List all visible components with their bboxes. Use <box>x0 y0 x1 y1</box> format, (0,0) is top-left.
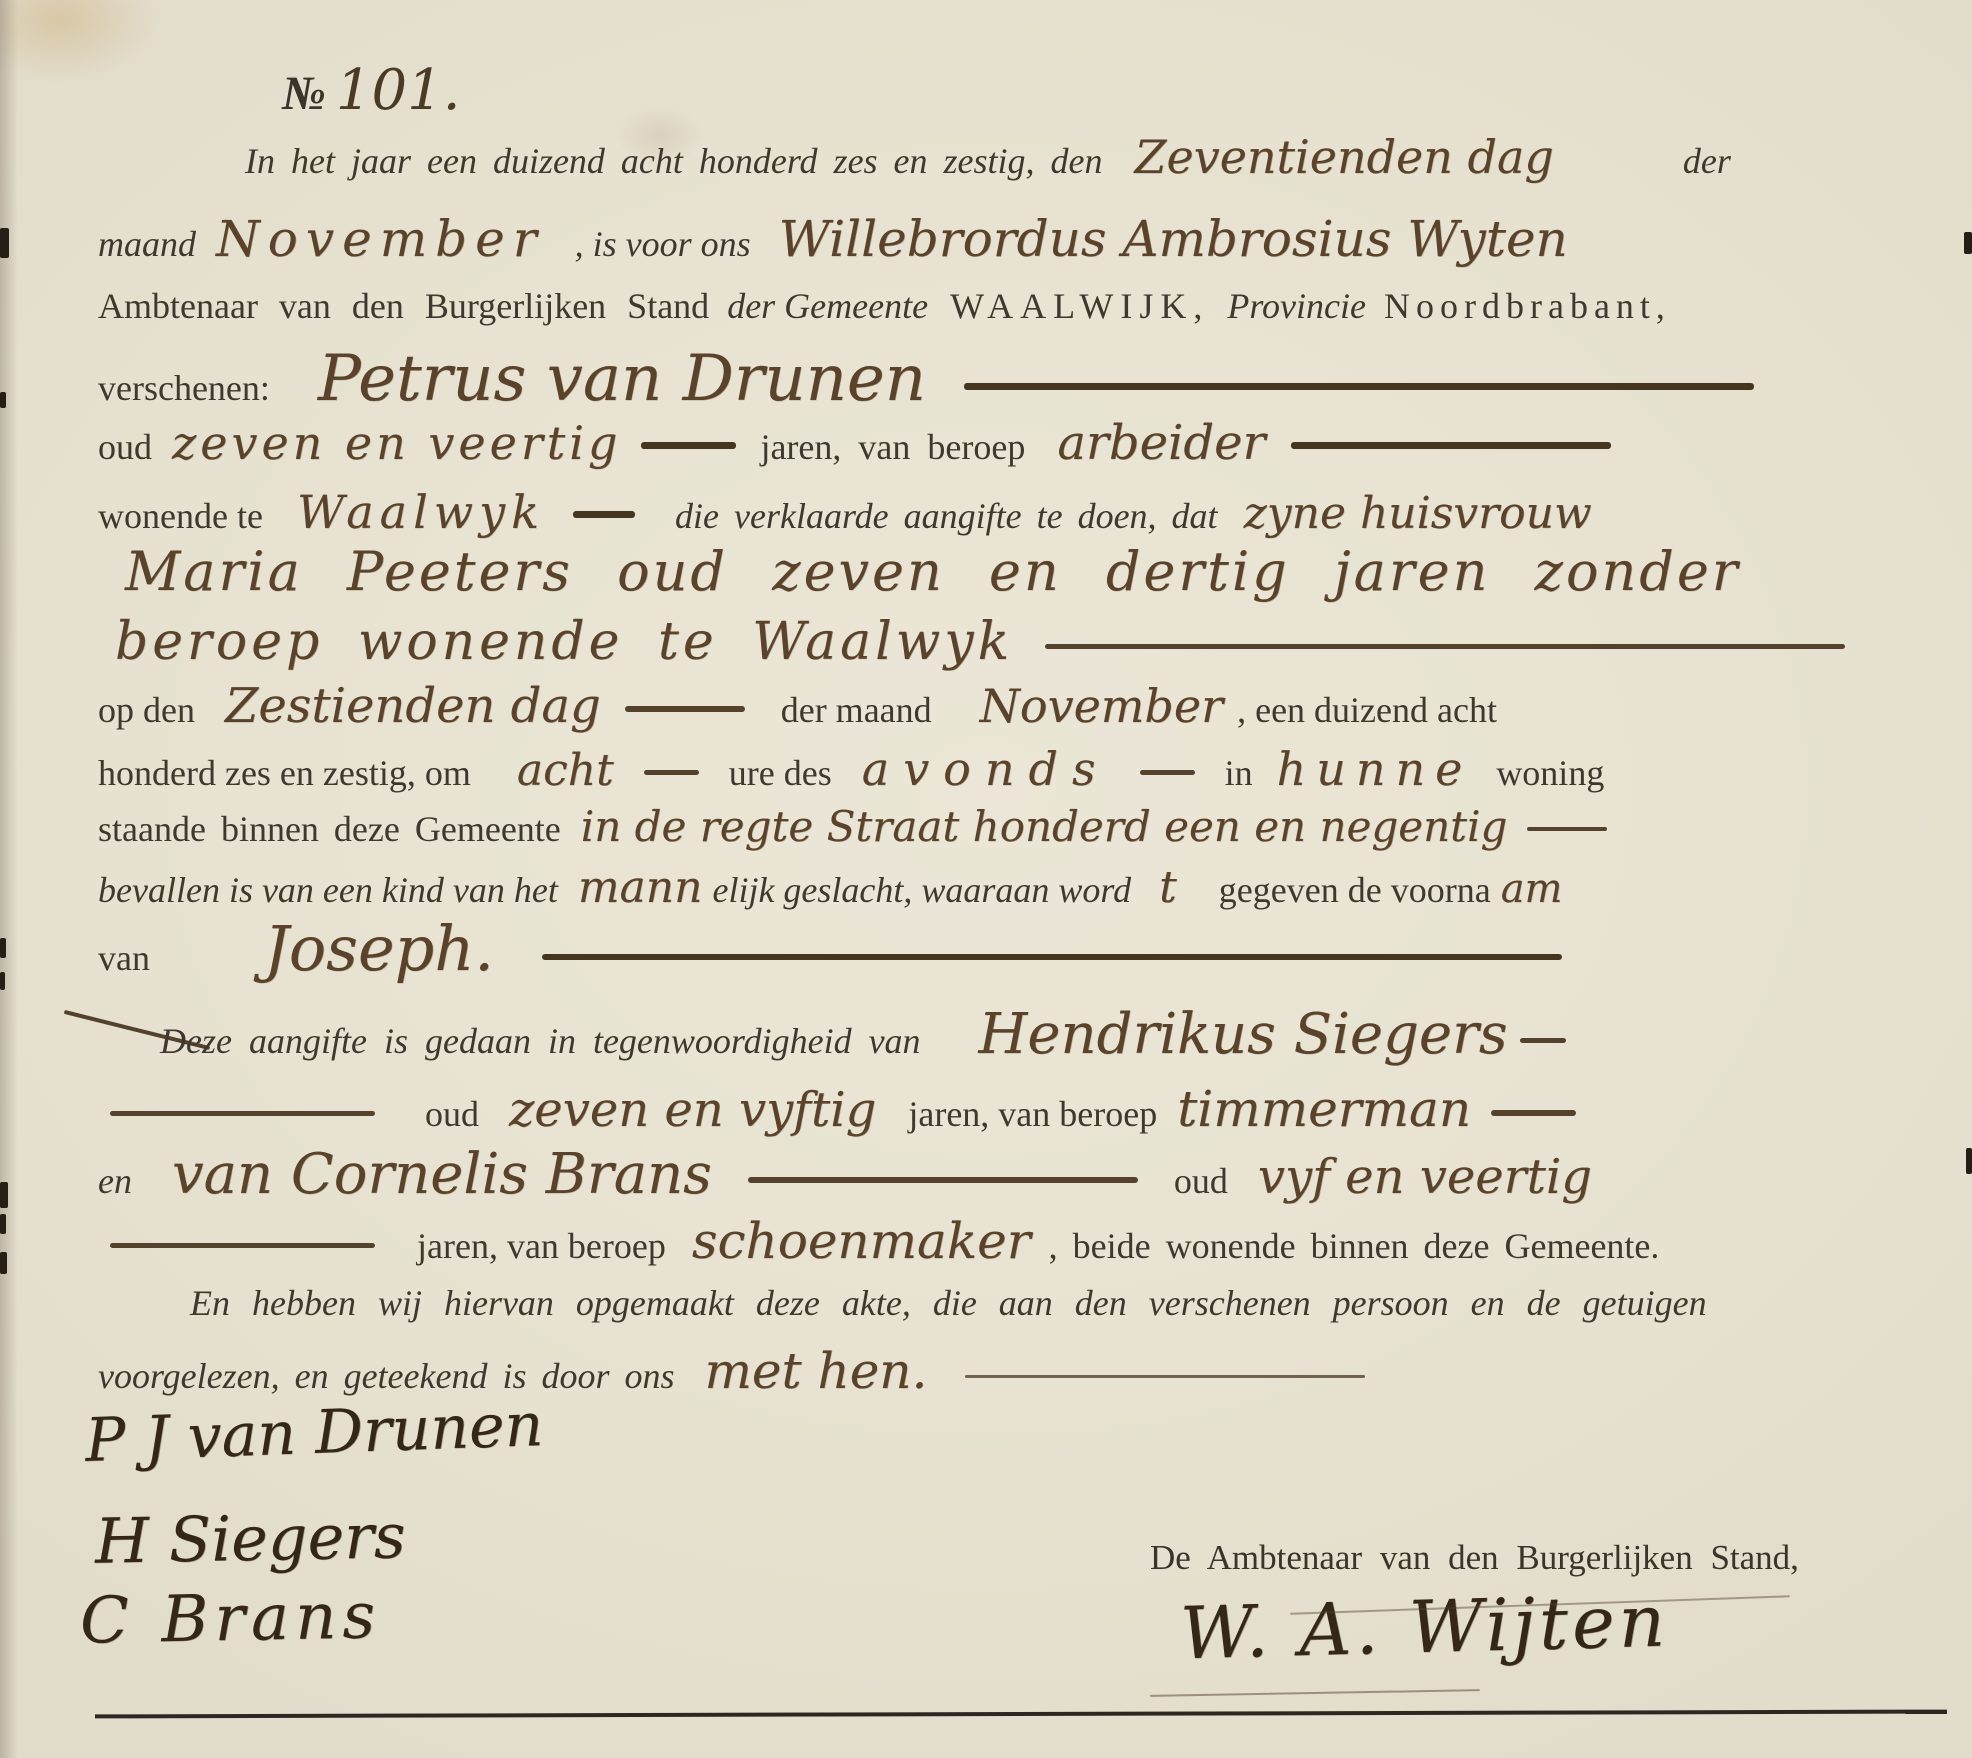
handwritten-entry: in de regte Straat honderd een en negent… <box>581 802 1508 851</box>
signature-witness-1: H Siegers <box>94 1499 406 1577</box>
act-line-05: oud zeven en veertig jaren, van beroep a… <box>98 415 1611 471</box>
handwritten-entry: Zeventienden dag <box>1135 130 1554 184</box>
edge-artifact <box>1966 1148 1972 1174</box>
bottom-rule <box>95 1710 1947 1719</box>
handwritten-entry: Maria Peeters oud zeven en dertig jaren … <box>125 540 1741 603</box>
ink-fill-line <box>625 706 745 712</box>
act-line-02: maand November , is voor ons Willebrordu… <box>98 210 1568 268</box>
ink-fill-line <box>965 1375 1365 1378</box>
ink-fill-line <box>1291 442 1611 449</box>
handwritten-entry: Joseph. <box>264 912 494 985</box>
act-line-03: Ambtenaar van den Burgerlijken Stand der… <box>98 285 1671 327</box>
edge-artifact <box>0 228 9 258</box>
printed-text: verschenen: <box>98 368 270 408</box>
handwritten-entry: van Cornelis Brans <box>172 1142 712 1207</box>
printed-text: staande binnen deze Gemeente <box>98 809 561 849</box>
act-line-17: jaren, van beroep schoenmaker , beide wo… <box>110 1212 1659 1270</box>
handwritten-entry: Zestienden dag <box>225 678 601 734</box>
page-binding-shadow <box>0 0 18 1758</box>
printed-text: jaren, van beroep <box>760 427 1025 467</box>
ink-fill-line <box>573 511 635 518</box>
act-line-15: oud zeven en vyftig jaren, van beroep ti… <box>110 1080 1576 1138</box>
act-line-18: En hebben wij hiervan opgemaakt deze akt… <box>190 1282 1707 1324</box>
edge-artifact <box>0 392 6 408</box>
signature-declarant: P J van Drunen <box>84 1390 544 1476</box>
edge-artifact <box>0 938 6 958</box>
printed-text: WAALWIJK, <box>950 286 1209 326</box>
printed-text: In het jaar een duizend acht honderd zes… <box>245 141 1103 181</box>
act-line-16: en van Cornelis Brans oud vyf en veertig <box>98 1142 1592 1207</box>
edge-artifact <box>0 1182 8 1208</box>
handwritten-entry: am <box>1501 866 1563 912</box>
act-line-10: honderd zes en zestig, om acht ure des a… <box>98 742 1604 796</box>
handwritten-entry: November <box>216 210 545 268</box>
handwritten-entry: t <box>1159 862 1177 913</box>
ink-fill-line <box>644 770 699 775</box>
handwritten-entry: avonds <box>862 742 1110 796</box>
ink-fill-line <box>964 383 1754 390</box>
printed-text: Deze aangifte is gedaan in tegenwoordigh… <box>160 1021 921 1061</box>
printed-text: der <box>1683 141 1731 181</box>
act-line-11: staande binnen deze Gemeente in de regte… <box>98 802 1607 851</box>
printed-text: honderd zes en zestig, om <box>98 753 471 793</box>
handwritten-entry: beroep wonende te Waalwyk <box>115 612 1013 672</box>
edge-artifact <box>0 972 5 990</box>
printed-text: elijk geslacht, waaraan word <box>712 870 1131 910</box>
printed-text: die verklaarde aangifte te doen, dat <box>675 496 1218 536</box>
printed-text: bevallen is van een kind van het <box>98 870 558 910</box>
printed-text: , beide wonende binnen deze Gemeente. <box>1049 1226 1660 1266</box>
ink-fill-line <box>748 1177 1138 1183</box>
act-number: № 101. <box>282 58 461 123</box>
printed-text: wonende te <box>98 496 263 536</box>
ink-fill-line <box>1045 644 1845 649</box>
printed-text: in <box>1225 753 1253 793</box>
act-line-14: Deze aangifte is gedaan in tegenwoordigh… <box>160 1002 1566 1067</box>
handwritten-entry: zeven en veertig <box>172 416 621 470</box>
ink-fill-line <box>542 954 1562 960</box>
pen-flourish <box>1150 1689 1480 1697</box>
printed-text: gegeven de voorna <box>1219 870 1491 910</box>
ink-fill-line <box>641 442 736 449</box>
printed-text: oud <box>98 427 152 467</box>
official-signature: W. A. Wijten <box>1179 1579 1670 1676</box>
handwritten-entry: Hendrikus Siegers <box>979 1002 1508 1067</box>
ink-fill-line <box>110 1111 375 1116</box>
numero-symbol: № <box>282 67 326 120</box>
ink-fill-line <box>110 1243 375 1248</box>
handwritten-entry: acht <box>517 745 614 796</box>
ink-fill-line <box>1491 1110 1576 1116</box>
ink-fill-line <box>1527 827 1607 831</box>
printed-text: op den <box>98 690 195 730</box>
ink-fill-line <box>1520 1038 1566 1043</box>
act-line-09: op den Zestienden dag der maand November… <box>98 678 1497 734</box>
printed-text: jaren, van beroep <box>908 1094 1157 1134</box>
printed-text: voorgelezen, en geteekend is door ons <box>98 1356 675 1396</box>
handwritten-entry: arbeider <box>1057 415 1265 471</box>
act-line-12: bevallen is van een kind van het mann el… <box>98 862 1562 913</box>
act-line-01: In het jaar een duizend acht honderd zes… <box>245 130 1731 184</box>
handwritten-entry: Petrus van Drunen <box>318 342 926 416</box>
printed-text: oud <box>1174 1161 1228 1201</box>
handwritten-entry: Willebrordus Ambrosius Wyten <box>779 210 1568 268</box>
printed-text: oud <box>425 1094 479 1134</box>
handwritten-entry: hunne <box>1277 742 1473 796</box>
printed-text: Ambtenaar van den Burgerlijken Stand <box>98 286 709 326</box>
handwritten-entry: November <box>980 679 1223 733</box>
printed-text: Noordbrabant, <box>1384 286 1671 326</box>
handwritten-entry: Waalwyk <box>297 485 545 539</box>
printed-text: ure des <box>729 753 832 793</box>
act-line-04: verschenen: Petrus van Drunen <box>98 342 1754 416</box>
printed-text: der maand <box>781 690 932 730</box>
handwritten-entry: zeven en vyftig <box>509 1082 876 1138</box>
printed-text: en <box>98 1161 132 1201</box>
printed-text: jaren, van beroep <box>417 1226 666 1266</box>
printed-text: woning <box>1496 753 1604 793</box>
printed-text: maand <box>98 224 196 264</box>
printed-text: Provincie <box>1227 286 1366 326</box>
printed-text: der Gemeente <box>727 286 928 326</box>
act-line-06: wonende te Waalwyk die verklaarde aangif… <box>98 485 1592 539</box>
printed-text: En hebben wij hiervan opgemaakt deze akt… <box>190 1283 1707 1323</box>
signature-witness-2: C Brans <box>79 1579 381 1658</box>
birth-certificate-page: № 101. In het jaar een duizend acht hond… <box>0 0 1972 1758</box>
official-title: De Ambtenaar van den Burgerlijken Stand, <box>1150 1538 1799 1578</box>
ink-fill-line <box>1140 770 1195 775</box>
handwritten-entry: met hen. <box>705 1342 928 1400</box>
handwritten-entry: vyf en veertig <box>1258 1149 1592 1205</box>
edge-artifact <box>0 1214 6 1234</box>
handwritten-entry: zyne huisvrouw <box>1244 488 1592 539</box>
act-line-13: van Joseph. <box>98 912 1562 985</box>
printed-text: , een duizend acht <box>1237 690 1497 730</box>
act-line-07: Maria Peeters oud zeven en dertig jaren … <box>125 540 1741 603</box>
handwritten-entry: schoenmaker <box>692 1212 1031 1270</box>
act-line-19: voorgelezen, en geteekend is door ons me… <box>98 1342 1365 1400</box>
act-number-value: 101. <box>336 58 461 123</box>
printed-text: van <box>98 938 150 978</box>
handwritten-entry: timmerman <box>1177 1080 1471 1138</box>
handwritten-entry: mann <box>578 862 703 913</box>
printed-text: , is voor ons <box>575 224 751 264</box>
edge-artifact <box>0 1252 7 1274</box>
act-line-08: beroep wonende te Waalwyk <box>115 612 1845 672</box>
edge-artifact <box>1964 232 1972 254</box>
